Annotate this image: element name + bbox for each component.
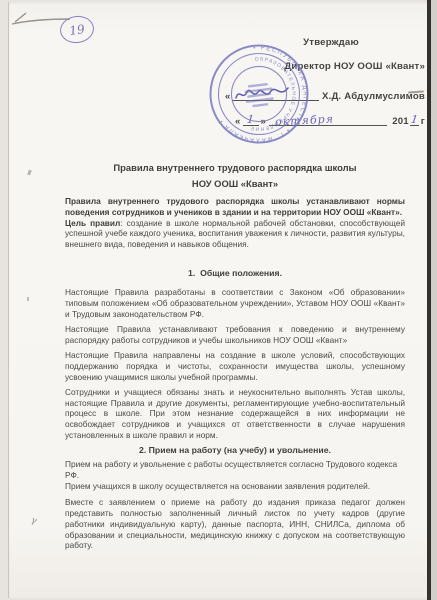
intro-lead: Цель правил (65, 218, 120, 228)
title-line-1: Правила внутреннего трудового распорядка… (65, 160, 405, 176)
section-1-paragraph-4: Сотрудники и учащиеся обязаны знать и не… (65, 387, 405, 441)
section-2-paragraph-3: Вместе с заявлением о приеме на работу д… (65, 497, 405, 551)
document-scan: 19 γ Утверждаю Директор НОУ ООШ «Квант» … (0, 0, 437, 600)
scan-speck (27, 297, 29, 301)
section-1-paragraph-2: Настоящие Правила устанавливают требован… (65, 324, 405, 346)
intro-paragraph-1: Правила внутреннего трудового распорядка… (65, 196, 405, 218)
year-letter: г (421, 116, 425, 127)
title-line-2: НОУ ООШ «Квант» (65, 176, 405, 192)
section-1-paragraph-3: Настоящие Правила направлены на создание… (65, 350, 405, 382)
section-1-paragraph-1: Настоящие Правила разработаны в соответс… (65, 287, 405, 319)
seal-center-text-lines (244, 82, 275, 108)
section-1-heading: 1. Общие положения. (65, 267, 405, 279)
date-year-blank: 1 (410, 111, 419, 126)
document-body: Правила внутреннего трудового распорядка… (65, 160, 405, 551)
section-2-paragraph-2: Прием учащихся в школу осуществляется на… (65, 481, 405, 492)
scan-edge-line (427, 0, 431, 600)
page-number-value: 19 (68, 22, 85, 38)
intro-paragraph-2: Цель правил: создание в школе нормальной… (65, 218, 405, 250)
year-prefix: 201 (392, 116, 409, 127)
scan-right-margin (431, 0, 437, 600)
director-name: Х.Д. Абдулмуслимов (322, 91, 425, 102)
school-stamp-seal: • РЕСПУБЛИКА ДАГЕСТАН • Г. МАХАЧКАЛА • О… (202, 37, 316, 151)
section-2-paragraph-1: Прием на работу и увольнение с работы ос… (65, 459, 405, 481)
section-2-heading: 2. Прием на работу (на учебу) и увольнен… (65, 444, 405, 456)
document-title: Правила внутреннего трудового распорядка… (65, 160, 405, 192)
handwritten-year-digit: 1 (410, 113, 419, 127)
